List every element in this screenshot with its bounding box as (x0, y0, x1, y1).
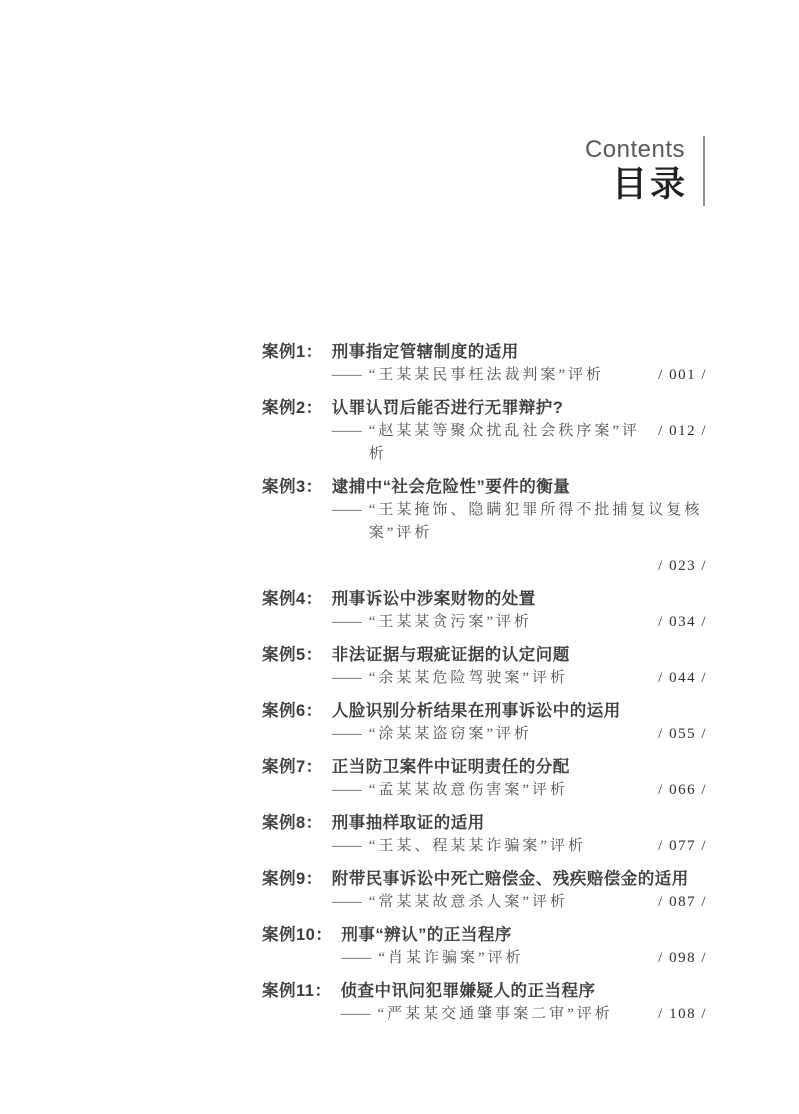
entry-title: 非法证据与瑕疵证据的认定问题 (332, 644, 707, 667)
entry-title: 认罪认罚后能否进行无罪辩护? (332, 397, 707, 420)
toc-entry: 案例11： 侦查中讯问犯罪嫌疑人的正当程序 —— “严某某交通肇事案二审”评析 … (262, 980, 707, 1026)
entry-subtext: —— “王某掩饰、隐瞒犯罪所得不批捕复议复核案”评析 (332, 499, 707, 545)
entry-label: 案例1： (262, 341, 332, 364)
entry-label: 案例2： (262, 397, 332, 420)
entry-dash: —— (332, 364, 362, 387)
entry-page-number: / 001 / (646, 364, 707, 387)
entry-subrow: —— “王某某贪污案”评析 / 034 / (332, 611, 707, 634)
entry-subrow: —— “王某某民事枉法裁判案”评析 / 001 / (332, 364, 707, 387)
entry-title: 刑事指定管辖制度的适用 (332, 341, 707, 364)
toc-entry: 案例5： 非法证据与瑕疵证据的认定问题 —— “余某某危险驾驶案”评析 / 04… (262, 644, 707, 690)
entry-page-number: / 098 / (646, 947, 707, 970)
entry-title: 刑事诉讼中涉案财物的处置 (332, 588, 707, 611)
entry-subtitle: “王某某贪污案”评析 (369, 611, 532, 634)
entry-subrow: —— “肖某诈骗案”评析 / 098 / (341, 947, 707, 970)
entry-label: 案例6： (262, 700, 332, 723)
entry-label: 案例3： (262, 476, 332, 499)
entry-title: 刑事“辨认”的正当程序 (341, 924, 707, 947)
entry-page-number: / 077 / (646, 835, 707, 858)
toc-entry: 案例1： 刑事指定管辖制度的适用 —— “王某某民事枉法裁判案”评析 / 001… (262, 341, 707, 387)
entry-dash: —— (332, 420, 362, 443)
entry-subtext: —— “孟某某故意伤害案”评析 (332, 779, 568, 802)
toc-header: Contents 目录 (585, 136, 705, 206)
entry-dash: —— (332, 891, 362, 914)
entry-dash: —— (332, 499, 362, 522)
toc-entry: 案例3： 逮捕中“社会危险性”要件的衡量 —— “王某掩饰、隐瞒犯罪所得不批捕复… (262, 476, 707, 578)
entry-subtitle: “王某掩饰、隐瞒犯罪所得不批捕复议复核案”评析 (369, 499, 707, 545)
entry-page-number: / 012 / (646, 420, 707, 443)
entry-subrow: —— “王某掩饰、隐瞒犯罪所得不批捕复议复核案”评析 (332, 499, 707, 545)
entry-dash: —— (332, 779, 362, 802)
toc-header-text: Contents 目录 (585, 136, 703, 206)
entry-subtitle: “严某某交通肇事案二审”评析 (377, 1003, 612, 1026)
entry-subtext: —— “肖某诈骗案”评析 (341, 947, 523, 970)
book-page: Contents 目录 案例1： 刑事指定管辖制度的适用 —— “王某某民事枉法… (0, 0, 799, 1114)
contents-title-en: Contents (585, 136, 685, 164)
entry-label: 案例10： (262, 924, 341, 947)
entry-page-number: / 044 / (646, 667, 707, 690)
entry-page-number: / 023 / (658, 558, 707, 574)
toc-list: 案例1： 刑事指定管辖制度的适用 —— “王某某民事枉法裁判案”评析 / 001… (262, 341, 707, 1036)
toc-entry: 案例4： 刑事诉讼中涉案财物的处置 —— “王某某贪污案”评析 / 034 / (262, 588, 707, 634)
header-vertical-rule (703, 136, 705, 206)
entry-page-number: / 066 / (646, 779, 707, 802)
entry-pageline: / 023 / (262, 554, 707, 578)
entry-subtext: —— “王某某贪污案”评析 (332, 611, 532, 634)
entry-title: 人脸识别分析结果在刑事诉讼中的运用 (332, 700, 707, 723)
contents-title-zh: 目录 (585, 164, 688, 206)
entry-dash: —— (332, 667, 362, 690)
entry-subtitle: “赵某某等聚众扰乱社会秩序案”评析 (369, 420, 646, 466)
entry-subrow: —— “王某、程某某诈骗案”评析 / 077 / (332, 835, 707, 858)
entry-title: 刑事抽样取证的适用 (332, 812, 707, 835)
entry-subtext: —— “常某某故意杀人案”评析 (332, 891, 568, 914)
entry-page-number: / 055 / (646, 723, 707, 746)
entry-subtext: —— “严某某交通肇事案二审”评析 (340, 1003, 612, 1026)
entry-label: 案例8： (262, 812, 332, 835)
entry-page-number: / 108 / (646, 1003, 707, 1026)
entry-title: 侦查中讯问犯罪嫌疑人的正当程序 (340, 980, 707, 1003)
entry-label: 案例5： (262, 644, 332, 667)
toc-entry: 案例8： 刑事抽样取证的适用 —— “王某、程某某诈骗案”评析 / 077 / (262, 812, 707, 858)
entry-subrow: —— “常某某故意杀人案”评析 / 087 / (332, 891, 707, 914)
entry-subrow: —— “严某某交通肇事案二审”评析 / 108 / (340, 1003, 707, 1026)
entry-subrow: —— “余某某危险驾驶案”评析 / 044 / (332, 667, 707, 690)
entry-subtitle: “王某、程某某诈骗案”评析 (369, 835, 586, 858)
entry-subtext: —— “王某某民事枉法裁判案”评析 (332, 364, 604, 387)
entry-subtitle: “肖某诈骗案”评析 (378, 947, 523, 970)
entry-subrow: —— “涂某某盗窃案”评析 / 055 / (332, 723, 707, 746)
entry-subrow: —— “赵某某等聚众扰乱社会秩序案”评析 / 012 / (332, 420, 707, 466)
entry-subtext: —— “赵某某等聚众扰乱社会秩序案”评析 (332, 420, 646, 466)
entry-dash: —— (341, 947, 371, 970)
entry-subtitle: “孟某某故意伤害案”评析 (369, 779, 568, 802)
entry-subtitle: “涂某某盗窃案”评析 (369, 723, 532, 746)
entry-dash: —— (332, 611, 362, 634)
entry-subtext: —— “涂某某盗窃案”评析 (332, 723, 532, 746)
entry-label: 案例4： (262, 588, 332, 611)
toc-entry: 案例6： 人脸识别分析结果在刑事诉讼中的运用 —— “涂某某盗窃案”评析 / 0… (262, 700, 707, 746)
toc-entry: 案例10： 刑事“辨认”的正当程序 —— “肖某诈骗案”评析 / 098 / (262, 924, 707, 970)
entry-dash: —— (340, 1003, 370, 1026)
entry-subtext: —— “王某、程某某诈骗案”评析 (332, 835, 586, 858)
toc-entry: 案例7： 正当防卫案件中证明责任的分配 —— “孟某某故意伤害案”评析 / 06… (262, 756, 707, 802)
entry-label: 案例11： (262, 980, 340, 1003)
entry-subtext: —— “余某某危险驾驶案”评析 (332, 667, 568, 690)
entry-dash: —— (332, 835, 362, 858)
entry-label: 案例9： (262, 868, 332, 891)
entry-page-number: / 087 / (646, 891, 707, 914)
entry-title: 逮捕中“社会危险性”要件的衡量 (332, 476, 707, 499)
entry-subtitle: “常某某故意杀人案”评析 (369, 891, 568, 914)
entry-label: 案例7： (262, 756, 332, 779)
toc-entry: 案例2： 认罪认罚后能否进行无罪辩护? —— “赵某某等聚众扰乱社会秩序案”评析… (262, 397, 707, 466)
entry-page-number: / 034 / (646, 611, 707, 634)
entry-subrow: —— “孟某某故意伤害案”评析 / 066 / (332, 779, 707, 802)
entry-subtitle: “王某某民事枉法裁判案”评析 (369, 364, 604, 387)
toc-entry: 案例9： 附带民事诉讼中死亡赔偿金、残疾赔偿金的适用 —— “常某某故意杀人案”… (262, 868, 707, 914)
entry-dash: —— (332, 723, 362, 746)
entry-subtitle: “余某某危险驾驶案”评析 (369, 667, 568, 690)
entry-title: 附带民事诉讼中死亡赔偿金、残疾赔偿金的适用 (332, 868, 707, 891)
entry-title: 正当防卫案件中证明责任的分配 (332, 756, 707, 779)
